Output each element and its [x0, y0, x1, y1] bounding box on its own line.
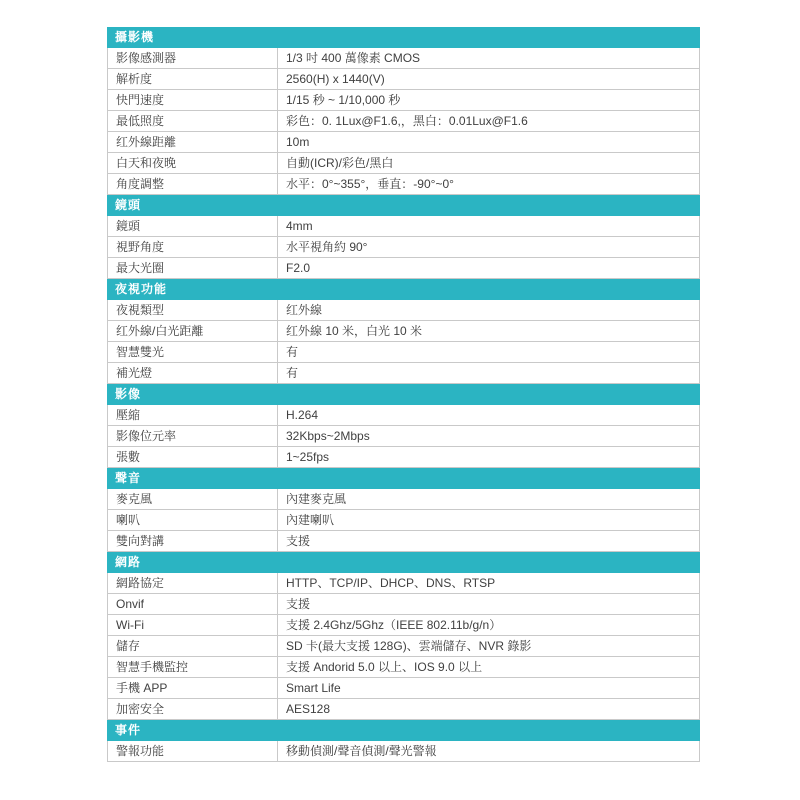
section-title: 鏡頭 [115, 198, 141, 212]
spec-value: 1~25fps [278, 447, 699, 467]
section-title: 攝影機 [115, 30, 154, 44]
spec-label: 影像感測器 [108, 48, 278, 68]
section-header: 鏡頭 [107, 195, 700, 216]
spec-label: 角度調整 [108, 174, 278, 194]
spec-table: 攝影機影像感測器1/3 吋 400 萬像素 CMOS解析度2560(H) x 1… [107, 27, 700, 762]
spec-label: 影像位元率 [108, 426, 278, 446]
spec-row: 網路協定HTTP、TCP/IP、DHCP、DNS、RTSP [107, 573, 700, 594]
spec-label: 白天和夜晚 [108, 153, 278, 173]
spec-label: 快門速度 [108, 90, 278, 110]
spec-value: 4mm [278, 216, 699, 236]
spec-value: 支援 Andorid 5.0 以上、IOS 9.0 以上 [278, 657, 699, 677]
section-header: 夜視功能 [107, 279, 700, 300]
spec-row: 儲存SD 卡(最大支援 128G)、雲端儲存、NVR 錄影 [107, 636, 700, 657]
spec-value: 內建喇叭 [278, 510, 699, 530]
spec-row: 鏡頭4mm [107, 216, 700, 237]
spec-label: 警報功能 [108, 741, 278, 761]
section-title: 聲音 [115, 471, 141, 485]
section-title: 夜視功能 [115, 282, 167, 296]
spec-value: 水平：0°~355°，垂直：-90°~0° [278, 174, 699, 194]
spec-label: 儲存 [108, 636, 278, 656]
spec-label: 補光燈 [108, 363, 278, 383]
section-header: 事件 [107, 720, 700, 741]
spec-value: 彩色：0. 1Lux@F1.6,，黑白：0.01Lux@F1.6 [278, 111, 699, 131]
spec-row: 警報功能移動偵測/聲音偵測/聲光警報 [107, 741, 700, 762]
spec-row: 红外線距離10m [107, 132, 700, 153]
spec-label: Wi-Fi [108, 615, 278, 635]
spec-row: 加密安全AES128 [107, 699, 700, 720]
spec-value: F2.0 [278, 258, 699, 278]
spec-value: AES128 [278, 699, 699, 719]
spec-row: 喇叭內建喇叭 [107, 510, 700, 531]
spec-row: 夜視類型红外線 [107, 300, 700, 321]
spec-row: 麥克風內建麥克風 [107, 489, 700, 510]
spec-row: 雙向對講支援 [107, 531, 700, 552]
spec-row: 補光燈有 [107, 363, 700, 384]
spec-label: 红外線/白光距離 [108, 321, 278, 341]
section-header: 網路 [107, 552, 700, 573]
spec-value: 有 [278, 342, 699, 362]
spec-row: 最低照度彩色：0. 1Lux@F1.6,，黑白：0.01Lux@F1.6 [107, 111, 700, 132]
spec-row: 解析度2560(H) x 1440(V) [107, 69, 700, 90]
spec-row: 角度調整水平：0°~355°，垂直：-90°~0° [107, 174, 700, 195]
spec-value: 32Kbps~2Mbps [278, 426, 699, 446]
section-header: 攝影機 [107, 27, 700, 48]
spec-label: 喇叭 [108, 510, 278, 530]
spec-row: 視野角度水平視角約 90° [107, 237, 700, 258]
spec-value: 红外線 10 米，白光 10 米 [278, 321, 699, 341]
spec-value: 內建麥克風 [278, 489, 699, 509]
spec-row: 最大光圈F2.0 [107, 258, 700, 279]
spec-value: 红外線 [278, 300, 699, 320]
section-title: 影像 [115, 387, 141, 401]
spec-value: 自動(ICR)/彩色/黑白 [278, 153, 699, 173]
spec-row: Onvif支援 [107, 594, 700, 615]
spec-label: 雙向對講 [108, 531, 278, 551]
section-header: 影像 [107, 384, 700, 405]
spec-label: 红外線距離 [108, 132, 278, 152]
spec-value: 10m [278, 132, 699, 152]
spec-label: 最大光圈 [108, 258, 278, 278]
spec-row: 白天和夜晚自動(ICR)/彩色/黑白 [107, 153, 700, 174]
spec-value: SD 卡(最大支援 128G)、雲端儲存、NVR 錄影 [278, 636, 699, 656]
section-header: 聲音 [107, 468, 700, 489]
spec-value: 支援 [278, 594, 699, 614]
spec-value: 2560(H) x 1440(V) [278, 69, 699, 89]
spec-label: Onvif [108, 594, 278, 614]
spec-label: 手機 APP [108, 678, 278, 698]
section-title: 事件 [115, 723, 141, 737]
spec-row: 红外線/白光距離红外線 10 米，白光 10 米 [107, 321, 700, 342]
spec-label: 壓縮 [108, 405, 278, 425]
spec-label: 智慧雙光 [108, 342, 278, 362]
spec-value: 移動偵測/聲音偵測/聲光警報 [278, 741, 699, 761]
spec-label: 最低照度 [108, 111, 278, 131]
spec-row: 智慧雙光有 [107, 342, 700, 363]
spec-row: 影像感測器1/3 吋 400 萬像素 CMOS [107, 48, 700, 69]
spec-label: 網路協定 [108, 573, 278, 593]
spec-value: HTTP、TCP/IP、DHCP、DNS、RTSP [278, 573, 699, 593]
spec-label: 麥克風 [108, 489, 278, 509]
spec-row: 壓縮H.264 [107, 405, 700, 426]
spec-row: Wi-Fi支援 2.4Ghz/5Ghz（IEEE 802.11b/g/n） [107, 615, 700, 636]
spec-value: 1/15 秒 ~ 1/10,000 秒 [278, 90, 699, 110]
spec-row: 智慧手機監控支援 Andorid 5.0 以上、IOS 9.0 以上 [107, 657, 700, 678]
spec-value: 1/3 吋 400 萬像素 CMOS [278, 48, 699, 68]
section-title: 網路 [115, 555, 141, 569]
spec-value: Smart Life [278, 678, 699, 698]
spec-label: 解析度 [108, 69, 278, 89]
spec-label: 智慧手機監控 [108, 657, 278, 677]
spec-label: 加密安全 [108, 699, 278, 719]
spec-row: 快門速度1/15 秒 ~ 1/10,000 秒 [107, 90, 700, 111]
spec-value: 支援 [278, 531, 699, 551]
spec-row: 張數1~25fps [107, 447, 700, 468]
spec-label: 夜視類型 [108, 300, 278, 320]
spec-row: 手機 APPSmart Life [107, 678, 700, 699]
spec-value: 支援 2.4Ghz/5Ghz（IEEE 802.11b/g/n） [278, 615, 699, 635]
spec-value: 水平視角約 90° [278, 237, 699, 257]
spec-label: 張數 [108, 447, 278, 467]
spec-value: H.264 [278, 405, 699, 425]
spec-label: 視野角度 [108, 237, 278, 257]
spec-label: 鏡頭 [108, 216, 278, 236]
spec-value: 有 [278, 363, 699, 383]
spec-row: 影像位元率32Kbps~2Mbps [107, 426, 700, 447]
